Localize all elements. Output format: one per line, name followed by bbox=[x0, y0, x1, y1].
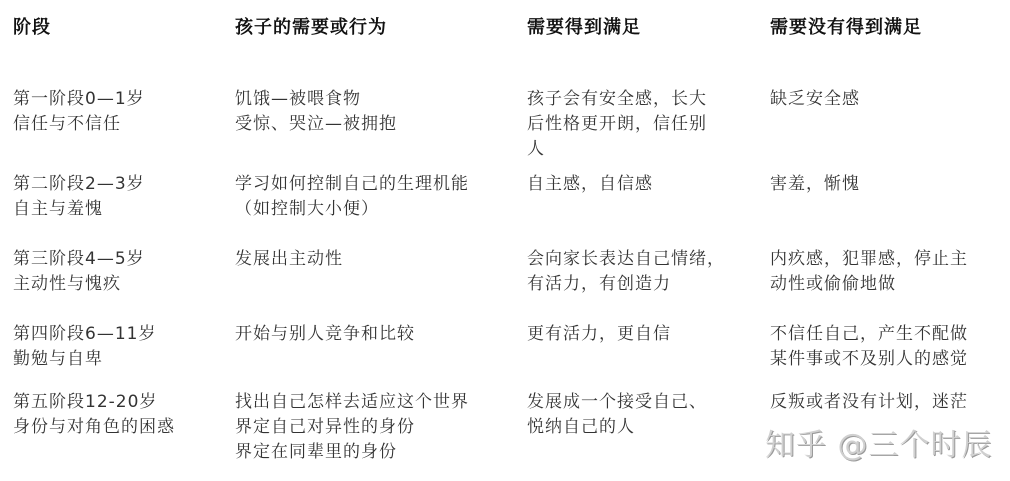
header-stage: 阶段 bbox=[13, 13, 51, 39]
unsatisfied-cell: 内疚感，犯罪感，停止主 动性或偷偷地做 bbox=[770, 247, 968, 297]
stage-cell: 第四阶段6—11岁 勤勉与自卑 bbox=[13, 322, 156, 372]
satisfied-cell: 孩子会有安全感，长大 后性格更开朗，信任别 人 bbox=[527, 87, 707, 162]
needs-cell: 饥饿—被喂食物 受惊、哭泣—被拥抱 bbox=[235, 87, 397, 137]
needs-cell: 学习如何控制自己的生理机能 （如控制大小便） bbox=[235, 172, 469, 222]
header-satisfied: 需要得到满足 bbox=[527, 13, 641, 39]
unsatisfied-cell: 害羞，惭愧 bbox=[770, 172, 860, 197]
satisfied-cell: 更有活力，更自信 bbox=[527, 322, 671, 347]
satisfied-cell: 自主感，自信感 bbox=[527, 172, 653, 197]
stage-cell: 第二阶段2—3岁 自主与羞愧 bbox=[13, 172, 145, 222]
header-unsatisfied: 需要没有得到满足 bbox=[770, 13, 922, 39]
header-needs: 孩子的需要或行为 bbox=[235, 13, 387, 39]
satisfied-cell: 发展成一个接受自己、 悦纳自己的人 bbox=[527, 390, 707, 440]
needs-cell: 发展出主动性 bbox=[235, 247, 343, 272]
unsatisfied-cell: 不信任自己，产生不配做 某件事或不及别人的感觉 bbox=[770, 322, 968, 372]
unsatisfied-cell: 缺乏安全感 bbox=[770, 87, 860, 112]
zhihu-watermark: 知乎 @三个时辰 bbox=[765, 420, 993, 464]
satisfied-cell: 会向家长表达自己情绪， 有活力，有创造力 bbox=[527, 247, 725, 297]
needs-cell: 找出自己怎样去适应这个世界 界定自己对异性的身份 界定在同辈里的身份 bbox=[235, 390, 469, 465]
stage-cell: 第五阶段12-20岁 身份与对角色的困惑 bbox=[13, 390, 175, 440]
unsatisfied-cell: 反叛或者没有计划，迷茫 bbox=[770, 390, 968, 415]
stage-cell: 第一阶段0—1岁 信任与不信任 bbox=[13, 87, 145, 137]
stage-cell: 第三阶段4—5岁 主动性与愧疚 bbox=[13, 247, 145, 297]
needs-cell: 开始与别人竞争和比较 bbox=[235, 322, 415, 347]
